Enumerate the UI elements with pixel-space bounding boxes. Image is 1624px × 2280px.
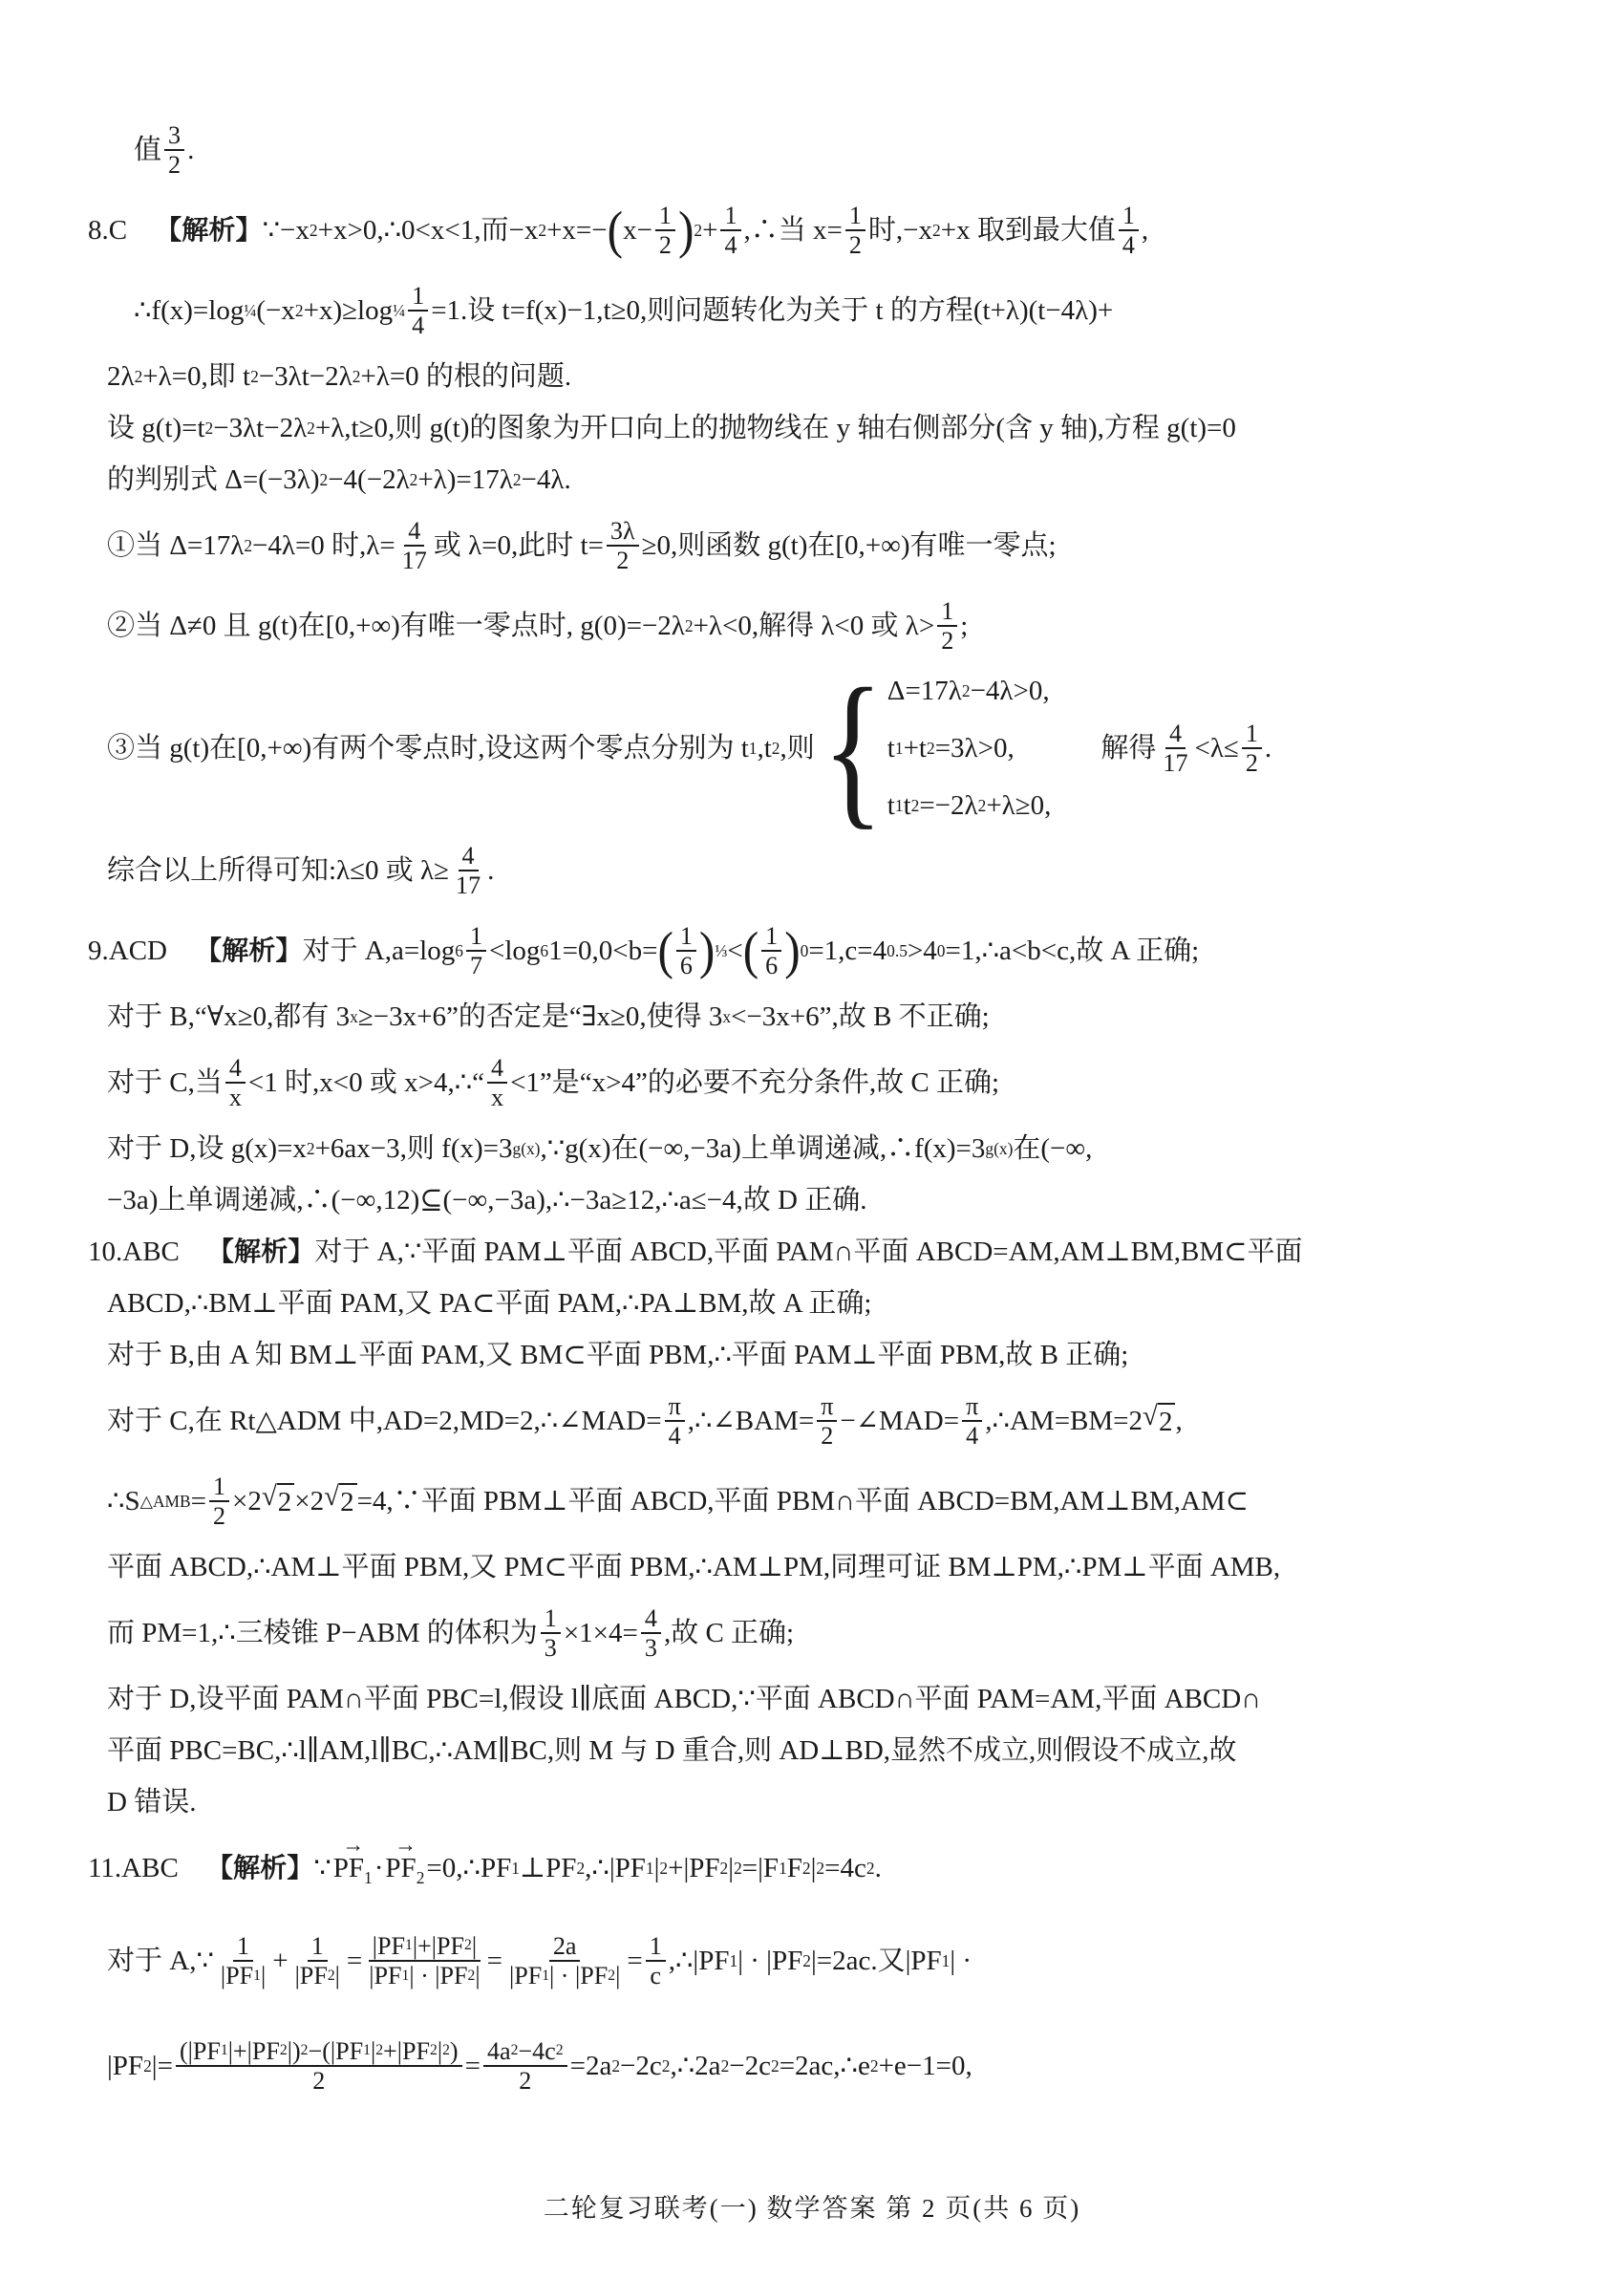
- math-line: ABCD,∴BM⊥平面 PAM,又 PA⊂平面 PAM,∴PA⊥BM,故 A 正…: [0, 1279, 1624, 1328]
- analysis-label: 【解析】: [207, 1235, 315, 1268]
- math-line: 对于 B,“∀x≥0,都有 3x≥−3x+6”的否定是“∃x≥0,使得 3x<−…: [0, 992, 1624, 1042]
- radical: √2: [1143, 1403, 1175, 1439]
- math-line: ∴S△AMB=12×2√2×2√2=4,∵平面 PBM⊥平面 ABCD,平面 P…: [0, 1462, 1624, 1540]
- fraction: 16: [761, 923, 781, 979]
- fraction: 1|PF2|: [291, 1933, 344, 1990]
- vector-arrow: PF2: [385, 1851, 424, 1885]
- math-line: 值32.: [0, 111, 1624, 189]
- math-line: |PF2|=(|PF1|+|PF2|)2−(|PF1|2+|PF2|2)2=4a…: [0, 2014, 1624, 2118]
- fraction: 13: [541, 1605, 561, 1662]
- math-line: 平面 PBC=BC,∴l∥AM,l∥BC,∴AM∥BC,则 M 与 D 重合,则…: [0, 1726, 1624, 1775]
- fraction: π4: [962, 1393, 982, 1450]
- fraction: 417: [452, 843, 484, 899]
- analysis-label: 【解析】: [195, 934, 303, 967]
- fraction: 17: [466, 923, 486, 979]
- document-page: 值32.8.C 【解析】∵−x2+x>0,∴0<x<1,而−x2+x=−(x−1…: [0, 0, 1624, 2280]
- fraction: 4x: [487, 1055, 507, 1111]
- math-line: 综合以上所得可知:λ≤0 或 λ≥417.: [0, 831, 1624, 910]
- fraction: 4x: [225, 1055, 246, 1111]
- math-line: 的判别式 Δ=(−3λ)2−4(−2λ2+λ)=17λ2−4λ.: [0, 455, 1624, 505]
- fraction: π2: [817, 1393, 837, 1450]
- case-equation: Δ=17λ2−4λ>0,: [887, 670, 1052, 712]
- fraction: 12: [1242, 721, 1262, 777]
- fraction: |PF1|+|PF2||PF1| · |PF2|: [365, 1933, 483, 1990]
- document-lines: 值32.8.C 【解析】∵−x2+x>0,∴0<x<1,而−x2+x=−(x−1…: [0, 111, 1624, 2119]
- fraction: 417: [398, 518, 431, 574]
- math-line: 9.ACD 【解析】对于 A,a=log6 17<log61=0,0<b=(16…: [0, 912, 1624, 990]
- fraction: 12: [209, 1473, 229, 1530]
- math-line: 平面 ABCD,∴AM⊥平面 PBM,又 PM⊂平面 PBM,∴AM⊥PM,同理…: [0, 1542, 1624, 1592]
- vector-arrow: PF1: [333, 1851, 373, 1885]
- math-line: 10.ABC 【解析】对于 A,∵平面 PAM⊥平面 ABCD,平面 PAM∩平…: [0, 1227, 1624, 1277]
- math-line: ①当 Δ=17λ2−4λ=0 时,λ=417或 λ=0,此时 t=3λ2≥0,则…: [0, 506, 1624, 585]
- fraction: 32: [164, 122, 184, 179]
- math-line: 对于 B,由 A 知 BM⊥平面 PAM,又 BM⊂平面 PBM,∴平面 PAM…: [0, 1330, 1624, 1380]
- math-line: 对于 A,∵1|PF1|+1|PF2|=|PF1|+|PF2||PF1| · |…: [0, 1909, 1624, 2012]
- fraction: 1c: [646, 1933, 666, 1990]
- fraction: π4: [665, 1393, 685, 1450]
- math-line: 8.C 【解析】∵−x2+x>0,∴0<x<1,而−x2+x=−(x−12)2+…: [0, 191, 1624, 269]
- fraction: (|PF1|+|PF2|)2−(|PF1|2+|PF2|2)2: [176, 2038, 462, 2095]
- fraction: 3λ2: [607, 518, 639, 574]
- math-line: −3a)上单调递减,∴(−∞,12)⊆(−∞,−3a),∴−3a≥12,∴a≤−…: [0, 1175, 1624, 1225]
- radical: √2: [262, 1483, 294, 1519]
- math-line: ③当 g(t)在[0,+∞)有两个零点时,设这两个零点分别为 t1,t2,则{Δ…: [0, 667, 1624, 829]
- fraction: 12: [845, 203, 865, 259]
- math-line: ∴f(x)=log¼(−x2+x)≥log¼14=1.设 t=f(x)−1,t≥…: [0, 271, 1624, 350]
- fraction: 417: [1159, 721, 1191, 777]
- cases-equations: Δ=17λ2−4λ>0,t1+t2=3λ>0,t1t2=−2λ2+λ≥0,: [887, 670, 1052, 827]
- radical: √2: [324, 1483, 356, 1519]
- footer-page-info: 二轮复习联考(一) 数学答案 第 2 页(共 6 页): [0, 2187, 1624, 2280]
- math-line: 对于 C,当4x<1 时,x<0 或 x>4,∴“4x<1”是“x>4”的必要不…: [0, 1043, 1624, 1122]
- fraction: 12: [655, 203, 675, 259]
- fraction: 14: [720, 203, 740, 259]
- math-line: ②当 Δ≠0 且 g(t)在[0,+∞)有唯一零点时, g(0)=−2λ2+λ<…: [0, 587, 1624, 665]
- analysis-label: 【解析】: [155, 213, 263, 247]
- fraction: 14: [1119, 203, 1139, 259]
- case-equation: t1t2=−2λ2+λ≥0,: [887, 785, 1052, 827]
- fraction: 4a2−4c22: [483, 2038, 567, 2095]
- fraction: 14: [408, 283, 428, 339]
- math-line: 而 PM=1,∴三棱锥 P−ABM 的体积为13×1×4=43,故 C 正确;: [0, 1594, 1624, 1672]
- fraction: 12: [937, 598, 957, 655]
- math-line: 对于 C,在 Rt△ADM 中,AD=2,MD=2,∴∠MAD=π4,∴∠BAM…: [0, 1382, 1624, 1460]
- math-line: 对于 D,设平面 PAM∩平面 PBC=l,假设 l∥底面 ABCD,∵平面 A…: [0, 1674, 1624, 1724]
- math-line: 2λ2+λ=0,即 t2−3λt−2λ2+λ=0 的根的问题.: [0, 352, 1624, 401]
- fraction: 16: [676, 923, 696, 979]
- analysis-label: 【解析】: [206, 1851, 314, 1884]
- fraction: 43: [641, 1605, 661, 1662]
- math-line: 对于 D,设 g(x)=x2+6ax−3,则 f(x)=3g(x),∵g(x)在…: [0, 1124, 1624, 1173]
- fraction: 2a|PF1| · |PF2|: [505, 1933, 624, 1990]
- case-equation: t1+t2=3λ>0,: [887, 727, 1052, 769]
- fraction: 1|PF1|: [217, 1933, 269, 1990]
- math-line: 11.ABC 【解析】∵PF1 · PF2=0,∴PF1⊥PF2,∴|PF1|2…: [0, 1829, 1624, 1907]
- math-line: D 错误.: [0, 1777, 1624, 1827]
- math-line: 设 g(t)=t2−3λt−2λ2+λ,t≥0,则 g(t)的图象为开口向上的抛…: [0, 403, 1624, 453]
